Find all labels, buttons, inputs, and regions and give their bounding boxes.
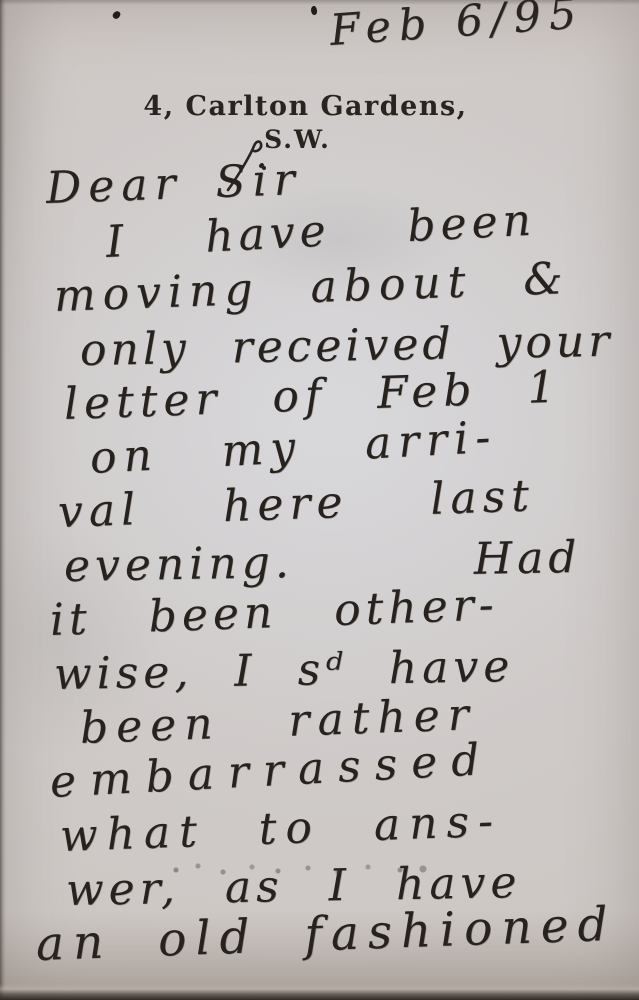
letterhead-address-line: 4, Carlton Gardens, xyxy=(0,90,625,124)
photo-edge-shadow xyxy=(0,984,639,1000)
ink-smudge xyxy=(168,862,434,878)
letter-date: Feb 6/95 xyxy=(328,0,631,60)
letter-body: Dear Sir I have been moving about & only… xyxy=(0,162,639,972)
photo-edge-shadow xyxy=(0,0,6,1000)
photo-edge-shadow xyxy=(0,0,639,5)
ink-spot xyxy=(310,5,318,15)
letter-photograph: Feb 6/95 4, Carlton Gardens, S.W. Dear S… xyxy=(0,0,639,1000)
ink-spot xyxy=(112,10,122,20)
letter-paper: Feb 6/95 4, Carlton Gardens, S.W. Dear S… xyxy=(0,0,639,1000)
